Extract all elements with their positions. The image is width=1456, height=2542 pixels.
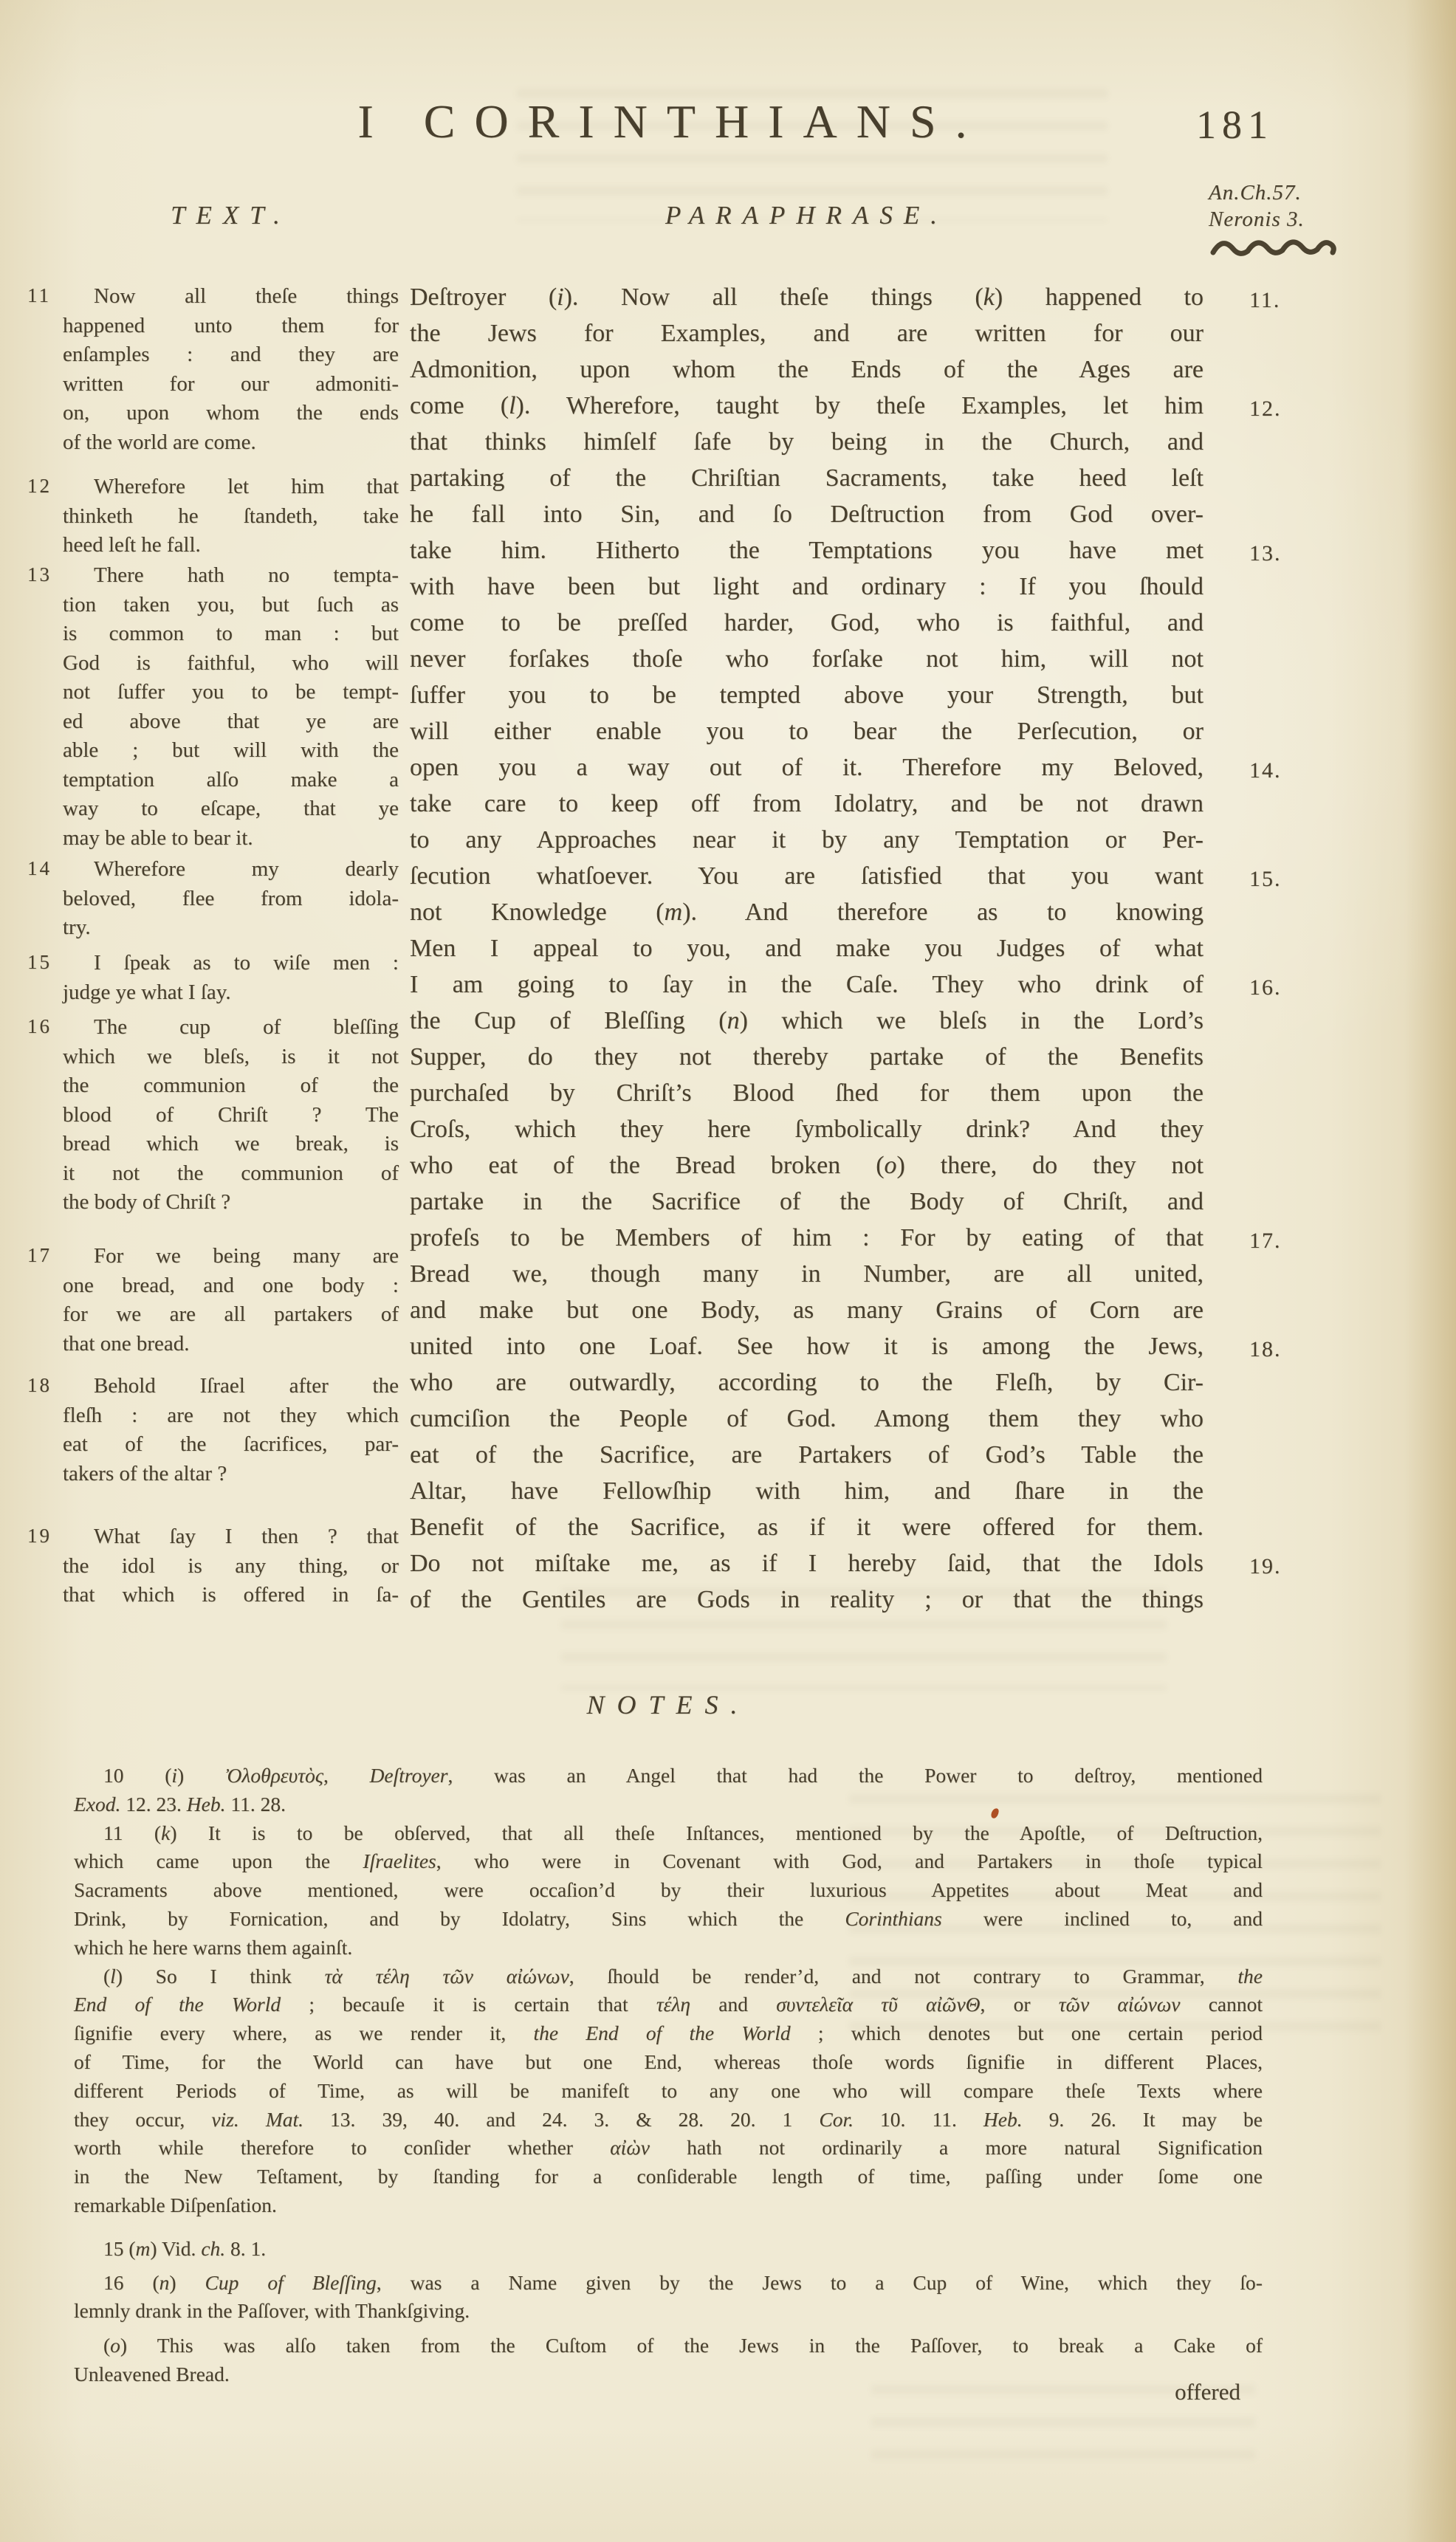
margin-verse-number: 17. [1249, 1229, 1330, 1254]
verse-line: is common to man : but [63, 619, 399, 649]
paraphrase-line: Admonition, upon whom the Ends of the Ag… [410, 351, 1203, 388]
paraphrase-line: he fall into Sin, and ſo Deſtruction fro… [410, 496, 1203, 532]
paraphrase-line: cumciſion the People of God. Among them … [410, 1401, 1203, 1437]
verse-number: 11 [27, 284, 51, 307]
verse-line: one bread, and one body : [63, 1271, 399, 1301]
verse-line: I ſpeak as to wiſe men : [63, 949, 399, 978]
note-line: Exod. 12. 23. Heb. 11. 28. [74, 1790, 1263, 1819]
margin-verse-number: 15. [1249, 867, 1330, 892]
note-line: 16 (n) Cup of Bleſſing, was a Name given… [74, 2269, 1263, 2298]
notes-section: 10 (i) Ὀλοθρευτὸς, Deſtroyer, was an Ang… [74, 1762, 1263, 2389]
note-line: Sacraments above mentioned, were occaſio… [74, 1876, 1263, 1905]
verse-line: thinketh he ſtandeth, take [63, 502, 399, 532]
paraphrase-line: come (l). Wherefore, taught by theſe Exa… [410, 388, 1203, 424]
notes-heading: NOTES. [74, 1689, 1263, 1720]
text-column-heading: TEXT. [63, 201, 399, 230]
paraphrase-line: Croſs, which they here ſymbolically drin… [410, 1111, 1203, 1147]
paraphrase-line: Bread we, though many in Number, are all… [410, 1256, 1203, 1292]
margin-verse-number: 18. [1249, 1337, 1330, 1362]
paraphrase-line: take care to keep off from Idolatry, and… [410, 786, 1203, 822]
paraphrase-line: Do not miſtake me, as if I hereby ſaid, … [410, 1545, 1203, 1581]
note-line: 10 (i) Ὀλοθρευτὸς, Deſtroyer, was an Ang… [74, 1762, 1263, 1790]
verse-line: The cup of bleſſing [63, 1013, 399, 1042]
paraphrase-column: Deſtroyer (i). Now all theſe things (k) … [410, 279, 1203, 1618]
verse-line: not ſuffer you to be tempt- [63, 678, 399, 707]
note-line: they occur, viz. Mat. 13. 39, 40. and 24… [74, 2106, 1263, 2134]
verse-number: 16 [27, 1015, 52, 1038]
verse-block-15: 15 I ſpeak as to wiſe men : judge ye wha… [63, 949, 399, 1007]
paraphrase-line: will either enable you to bear the Perſe… [410, 713, 1203, 749]
paraphrase-line: profeſs to be Members of him : For by ea… [410, 1220, 1203, 1256]
page-number: 181 [1196, 102, 1329, 148]
paraphrase-line: purchaſed by Chriſt’s Blood ſhed for the… [410, 1075, 1203, 1111]
paraphrase-line: Deſtroyer (i). Now all theſe things (k) … [410, 279, 1203, 315]
paraphrase-line: ſuffer you to be tempted above your Stre… [410, 677, 1203, 713]
paraphrase-line: never forſakes thoſe who forſake not him… [410, 641, 1203, 677]
verse-number: 12 [27, 475, 52, 498]
note-line: remarkable Diſpenſation. [74, 2191, 1263, 2220]
verse-line: that one bread. [63, 1330, 399, 1359]
verse-line: Wherefore my dearly [63, 855, 399, 884]
paraphrase-line: who eat of the Bread broken (o) there, d… [410, 1147, 1203, 1184]
margin-verse-number: 12. [1249, 396, 1330, 422]
flourish-ornament [1209, 233, 1338, 266]
verse-line: fleſh : are not they which [63, 1401, 399, 1431]
verse-line: written for our admoniti- [63, 370, 399, 399]
verse-line: of the world are come. [63, 428, 399, 458]
verse-line: Now all theſe things [63, 282, 399, 312]
margin-verse-number: 16. [1249, 975, 1330, 1000]
paraphrase-line: and make but one Body, as many Grains of… [410, 1292, 1203, 1328]
note-line: 11 (k) It is to be obſerved, that all th… [74, 1819, 1263, 1848]
verse-block-16: 16 The cup of bleſſing which we bleſs, i… [63, 1013, 399, 1217]
verse-line: try. [63, 913, 399, 943]
verse-line: that which is offered in ſa- [63, 1581, 399, 1610]
note-line: ſignifie every where, as we render it, t… [74, 2019, 1263, 2048]
verse-line: eat of the ſacrifices, par- [63, 1430, 399, 1460]
note-line: which came upon the Iſraelites, who were… [74, 1847, 1263, 1876]
verse-line: temptation alſo make a [63, 766, 399, 795]
verse-line: beloved, flee from idola- [63, 884, 399, 914]
verse-line: takers of the altar ? [63, 1460, 399, 1489]
verse-number: 19 [27, 1525, 52, 1547]
verse-line: God is faithful, who will [63, 649, 399, 679]
margin-date-reign: Neronis 3. [1209, 206, 1378, 233]
note-line: 15 (m) Vid. ch. 8. 1. [74, 2235, 1263, 2264]
margin-verse-number: 13. [1249, 541, 1330, 566]
paraphrase-line: Men I appeal to you, and make you Judges… [410, 930, 1203, 966]
note-line: which he here warns them againſt. [74, 1934, 1263, 1962]
paraphrase-line: Benefit of the Sacrifice, as if it were … [410, 1509, 1203, 1545]
paraphrase-line: with have been but light and ordinary : … [410, 568, 1203, 605]
verse-line: on, upon whom the ends [63, 399, 399, 428]
verse-line: ed above that ye are [63, 707, 399, 737]
verse-line: the communion of the [63, 1071, 399, 1101]
verse-line: which we bleſs, is it not [63, 1042, 399, 1072]
catchword: offered [997, 2379, 1240, 2405]
paraphrase-line: that thinks himſelf ſafe by being in the… [410, 424, 1203, 460]
paraphrase-line: to any Approaches near it by any Temptat… [410, 822, 1203, 858]
verse-line: Behold Iſrael after the [63, 1372, 399, 1401]
verse-line: able ; but will with the [63, 736, 399, 766]
paraphrase-line: not Knowledge (m). And therefore as to k… [410, 894, 1203, 930]
verse-block-14: 14 Wherefore my dearly beloved, flee fro… [63, 855, 399, 943]
verse-line: Wherefore let him that [63, 473, 399, 502]
paraphrase-line: the Cup of Bleſſing (n) which we bleſs i… [410, 1003, 1203, 1039]
paraphrase-line: open you a way out of it. Therefore my B… [410, 749, 1203, 786]
note-line: (o) This was alſo taken from the Cuſtom … [74, 2332, 1263, 2360]
verse-line: For we being many are [63, 1242, 399, 1271]
verse-line: the body of Chriſt ? [63, 1188, 399, 1217]
verse-line: There hath no tempta- [63, 561, 399, 591]
verse-block-17: 17 For we being many are one bread, and … [63, 1242, 399, 1358]
paraphrase-line: take him. Hitherto the Temptations you h… [410, 532, 1203, 568]
paraphrase-line: partaking of the Chriſtian Sacraments, t… [410, 460, 1203, 496]
verse-number: 15 [27, 951, 52, 974]
margin-verse-number: 19. [1249, 1554, 1330, 1579]
note-line: Drink, by Fornication, and by Idolatry, … [74, 1905, 1263, 1934]
verse-line: happened unto them for [63, 312, 399, 341]
paraphrase-line: of the Gentiles are Gods in reality ; or… [410, 1581, 1203, 1618]
paraphrase-line: come to be preſſed harder, God, who is f… [410, 605, 1203, 641]
paraphrase-line: united into one Loaf. See how it is amon… [410, 1328, 1203, 1364]
note-line: lemnly drank in the Paſſover, with Thank… [74, 2297, 1263, 2326]
paraphrase-column-heading: PARAPHRASE. [410, 201, 1203, 230]
verse-line: enſamples : and they are [63, 340, 399, 370]
verse-number: 17 [27, 1244, 52, 1267]
verse-line: What ſay I then ? that [63, 1522, 399, 1552]
paraphrase-line: partake in the Sacrifice of the Body of … [410, 1184, 1203, 1220]
paraphrase-line: the Jews for Examples, and are written f… [410, 315, 1203, 351]
note-line: different Periods of Time, as will be ma… [74, 2077, 1263, 2106]
verse-line: way to eſcape, that ye [63, 794, 399, 824]
verse-block-18: 18 Behold Iſrael after the fleſh : are n… [63, 1372, 399, 1488]
verse-block-13: 13 There hath no tempta- tion taken you,… [63, 561, 399, 853]
note-line: End of the World ; becauſe it is certain… [74, 1990, 1263, 2019]
verse-number: 18 [27, 1374, 52, 1397]
paraphrase-line: Altar, have Fellowſhip with him, and ſha… [410, 1473, 1203, 1509]
verse-line: bread which we break, is [63, 1130, 399, 1159]
paraphrase-line: I am going to ſay in the Caſe. They who … [410, 966, 1203, 1003]
verse-line: it not the communion of [63, 1159, 399, 1189]
note-line: worth while therefore to conſider whethe… [74, 2134, 1263, 2163]
verse-number: 14 [27, 857, 52, 880]
margin-date-year: An.Ch.57. [1209, 179, 1378, 206]
verse-line: judge ye what I ſay. [63, 978, 399, 1008]
note-line: (l) So I think τὰ τέλη τῶν αἰώνων, ſhoul… [74, 1962, 1263, 1991]
verse-line: blood of Chriſt ? The [63, 1101, 399, 1130]
verse-line: the idol is any thing, or [63, 1552, 399, 1581]
margin-date: An.Ch.57. Neronis 3. [1209, 179, 1378, 233]
note-line: of Time, for the World can have but one … [74, 2048, 1263, 2077]
running-title: I CORINTHIANS. [281, 95, 1063, 149]
paraphrase-line: who are outwardly, according to the Fleſ… [410, 1364, 1203, 1401]
verse-block-12: 12 Wherefore let him that thinketh he ſt… [63, 473, 399, 560]
paraphrase-line: ſecution whatſoever. You are ſatisfied t… [410, 858, 1203, 894]
note-line: in the New Teſtament, by ſtanding for a … [74, 2163, 1263, 2191]
verse-number: 13 [27, 563, 52, 586]
verse-line: heed leſt he fall. [63, 531, 399, 560]
margin-verse-number: 14. [1249, 758, 1330, 783]
verse-block-11: 11 Now all theſe things happened unto th… [63, 282, 399, 457]
verse-line: tion taken you, but ſuch as [63, 591, 399, 620]
book-page: I CORINTHIANS. 181 An.Ch.57. Neronis 3. … [0, 0, 1456, 2542]
margin-verse-number: 11. [1249, 288, 1330, 313]
paraphrase-line: eat of the Sacrifice, are Partakers of G… [410, 1437, 1203, 1473]
paraphrase-line: Supper, do they not thereby partake of t… [410, 1039, 1203, 1075]
verse-block-19: 19 What ſay I then ? that the idol is an… [63, 1522, 399, 1610]
verse-line: may be able to bear it. [63, 824, 399, 853]
verse-line: for we are all partakers of [63, 1300, 399, 1330]
